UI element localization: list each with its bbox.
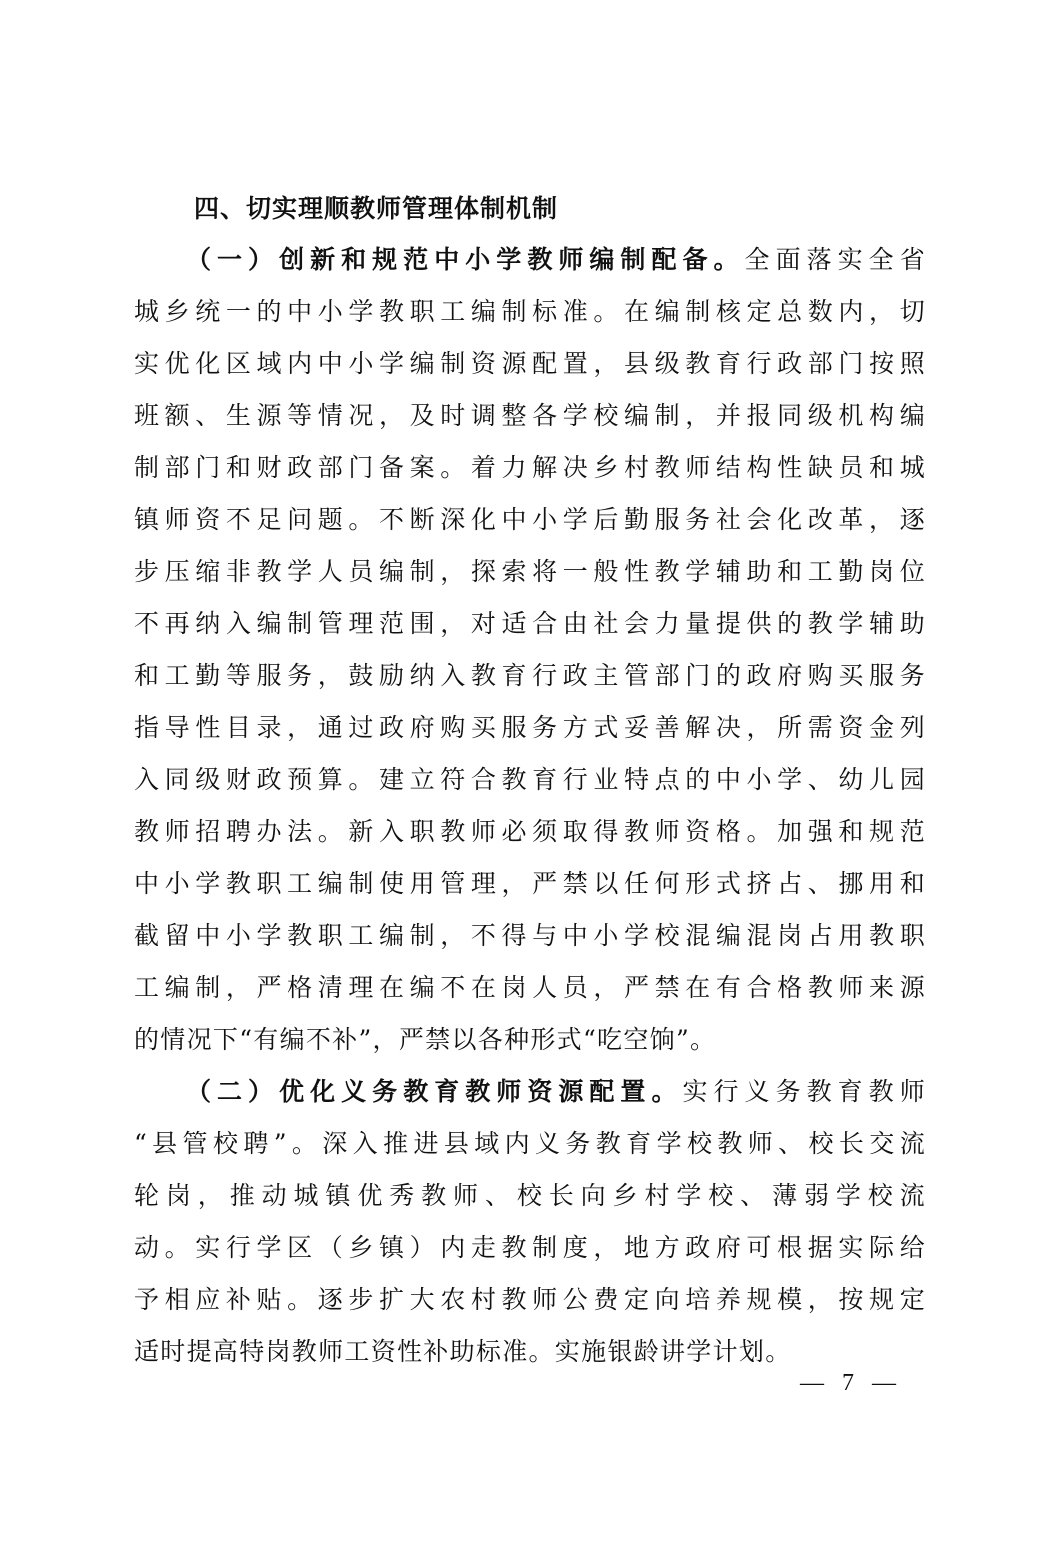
text-line: 的情况下“有编不补”，严禁以各种形式“吃空饷”。 bbox=[134, 1014, 926, 1066]
document-page: 四、切实理顺教师管理体制机制 （一）创新和规范中小学教师编制配备。全面落实全省 … bbox=[0, 0, 1059, 1554]
subheading-2: （二）优化义务教育教师资源配置。 bbox=[186, 1077, 682, 1106]
section-heading: 四、切实理顺教师管理体制机制 bbox=[194, 183, 558, 235]
text-line: 步压缩非教学人员编制，探索将一般性教学辅助和工勤岗位 bbox=[134, 546, 926, 598]
text-line: 制部门和财政部门备案。着力解决乡村教师结构性缺员和城 bbox=[134, 442, 926, 494]
text-line: 动。实行学区（乡镇）内走教制度，地方政府可根据实际给 bbox=[134, 1222, 926, 1274]
text-line: “县管校聘”。深入推进县域内义务教育学校教师、校长交流 bbox=[134, 1118, 926, 1170]
text-line: 中小学教职工编制使用管理，严禁以任何形式挤占、挪用和 bbox=[134, 858, 926, 910]
text-line: 教师招聘办法。新入职教师必须取得教师资格。加强和规范 bbox=[134, 806, 926, 858]
text-line: 不再纳入编制管理范围，对适合由社会力量提供的教学辅助 bbox=[134, 598, 926, 650]
text-line: 实优化区域内中小学编制资源配置，县级教育行政部门按照 bbox=[134, 338, 926, 390]
text-line: 指导性目录，通过政府购买服务方式妥善解决，所需资金列 bbox=[134, 702, 926, 754]
text-line: 城乡统一的中小学教职工编制标准。在编制核定总数内，切 bbox=[134, 286, 926, 338]
paragraph-2-first-line: （二）优化义务教育教师资源配置。实行义务教育教师 bbox=[186, 1066, 926, 1118]
subheading-1: （一）创新和规范中小学教师编制配备。 bbox=[186, 245, 745, 274]
text-line: 工编制，严格清理在编不在岗人员，严禁在有合格教师来源 bbox=[134, 962, 926, 1014]
text-run: 实行义务教育教师 bbox=[682, 1077, 926, 1106]
text-line: 入同级财政预算。建立符合教育行业特点的中小学、幼儿园 bbox=[134, 754, 926, 806]
text-line: 班额、生源等情况，及时调整各学校编制，并报同级机构编 bbox=[134, 390, 926, 442]
paragraph-1-first-line: （一）创新和规范中小学教师编制配备。全面落实全省 bbox=[186, 234, 926, 286]
text-line: 轮岗，推动城镇优秀教师、校长向乡村学校、薄弱学校流 bbox=[134, 1170, 926, 1222]
text-line: 和工勤等服务，鼓励纳入教育行政主管部门的政府购买服务 bbox=[134, 650, 926, 702]
text-line: 截留中小学教职工编制，不得与中小学校混编混岗占用教职 bbox=[134, 910, 926, 962]
page-number: — 7 — bbox=[800, 1370, 902, 1397]
text-run: 全面落实全省 bbox=[745, 245, 926, 274]
text-line: 予相应补贴。逐步扩大农村教师公费定向培养规模，按规定 bbox=[134, 1274, 926, 1326]
text-line: 镇师资不足问题。不断深化中小学后勤服务社会化改革，逐 bbox=[134, 494, 926, 546]
